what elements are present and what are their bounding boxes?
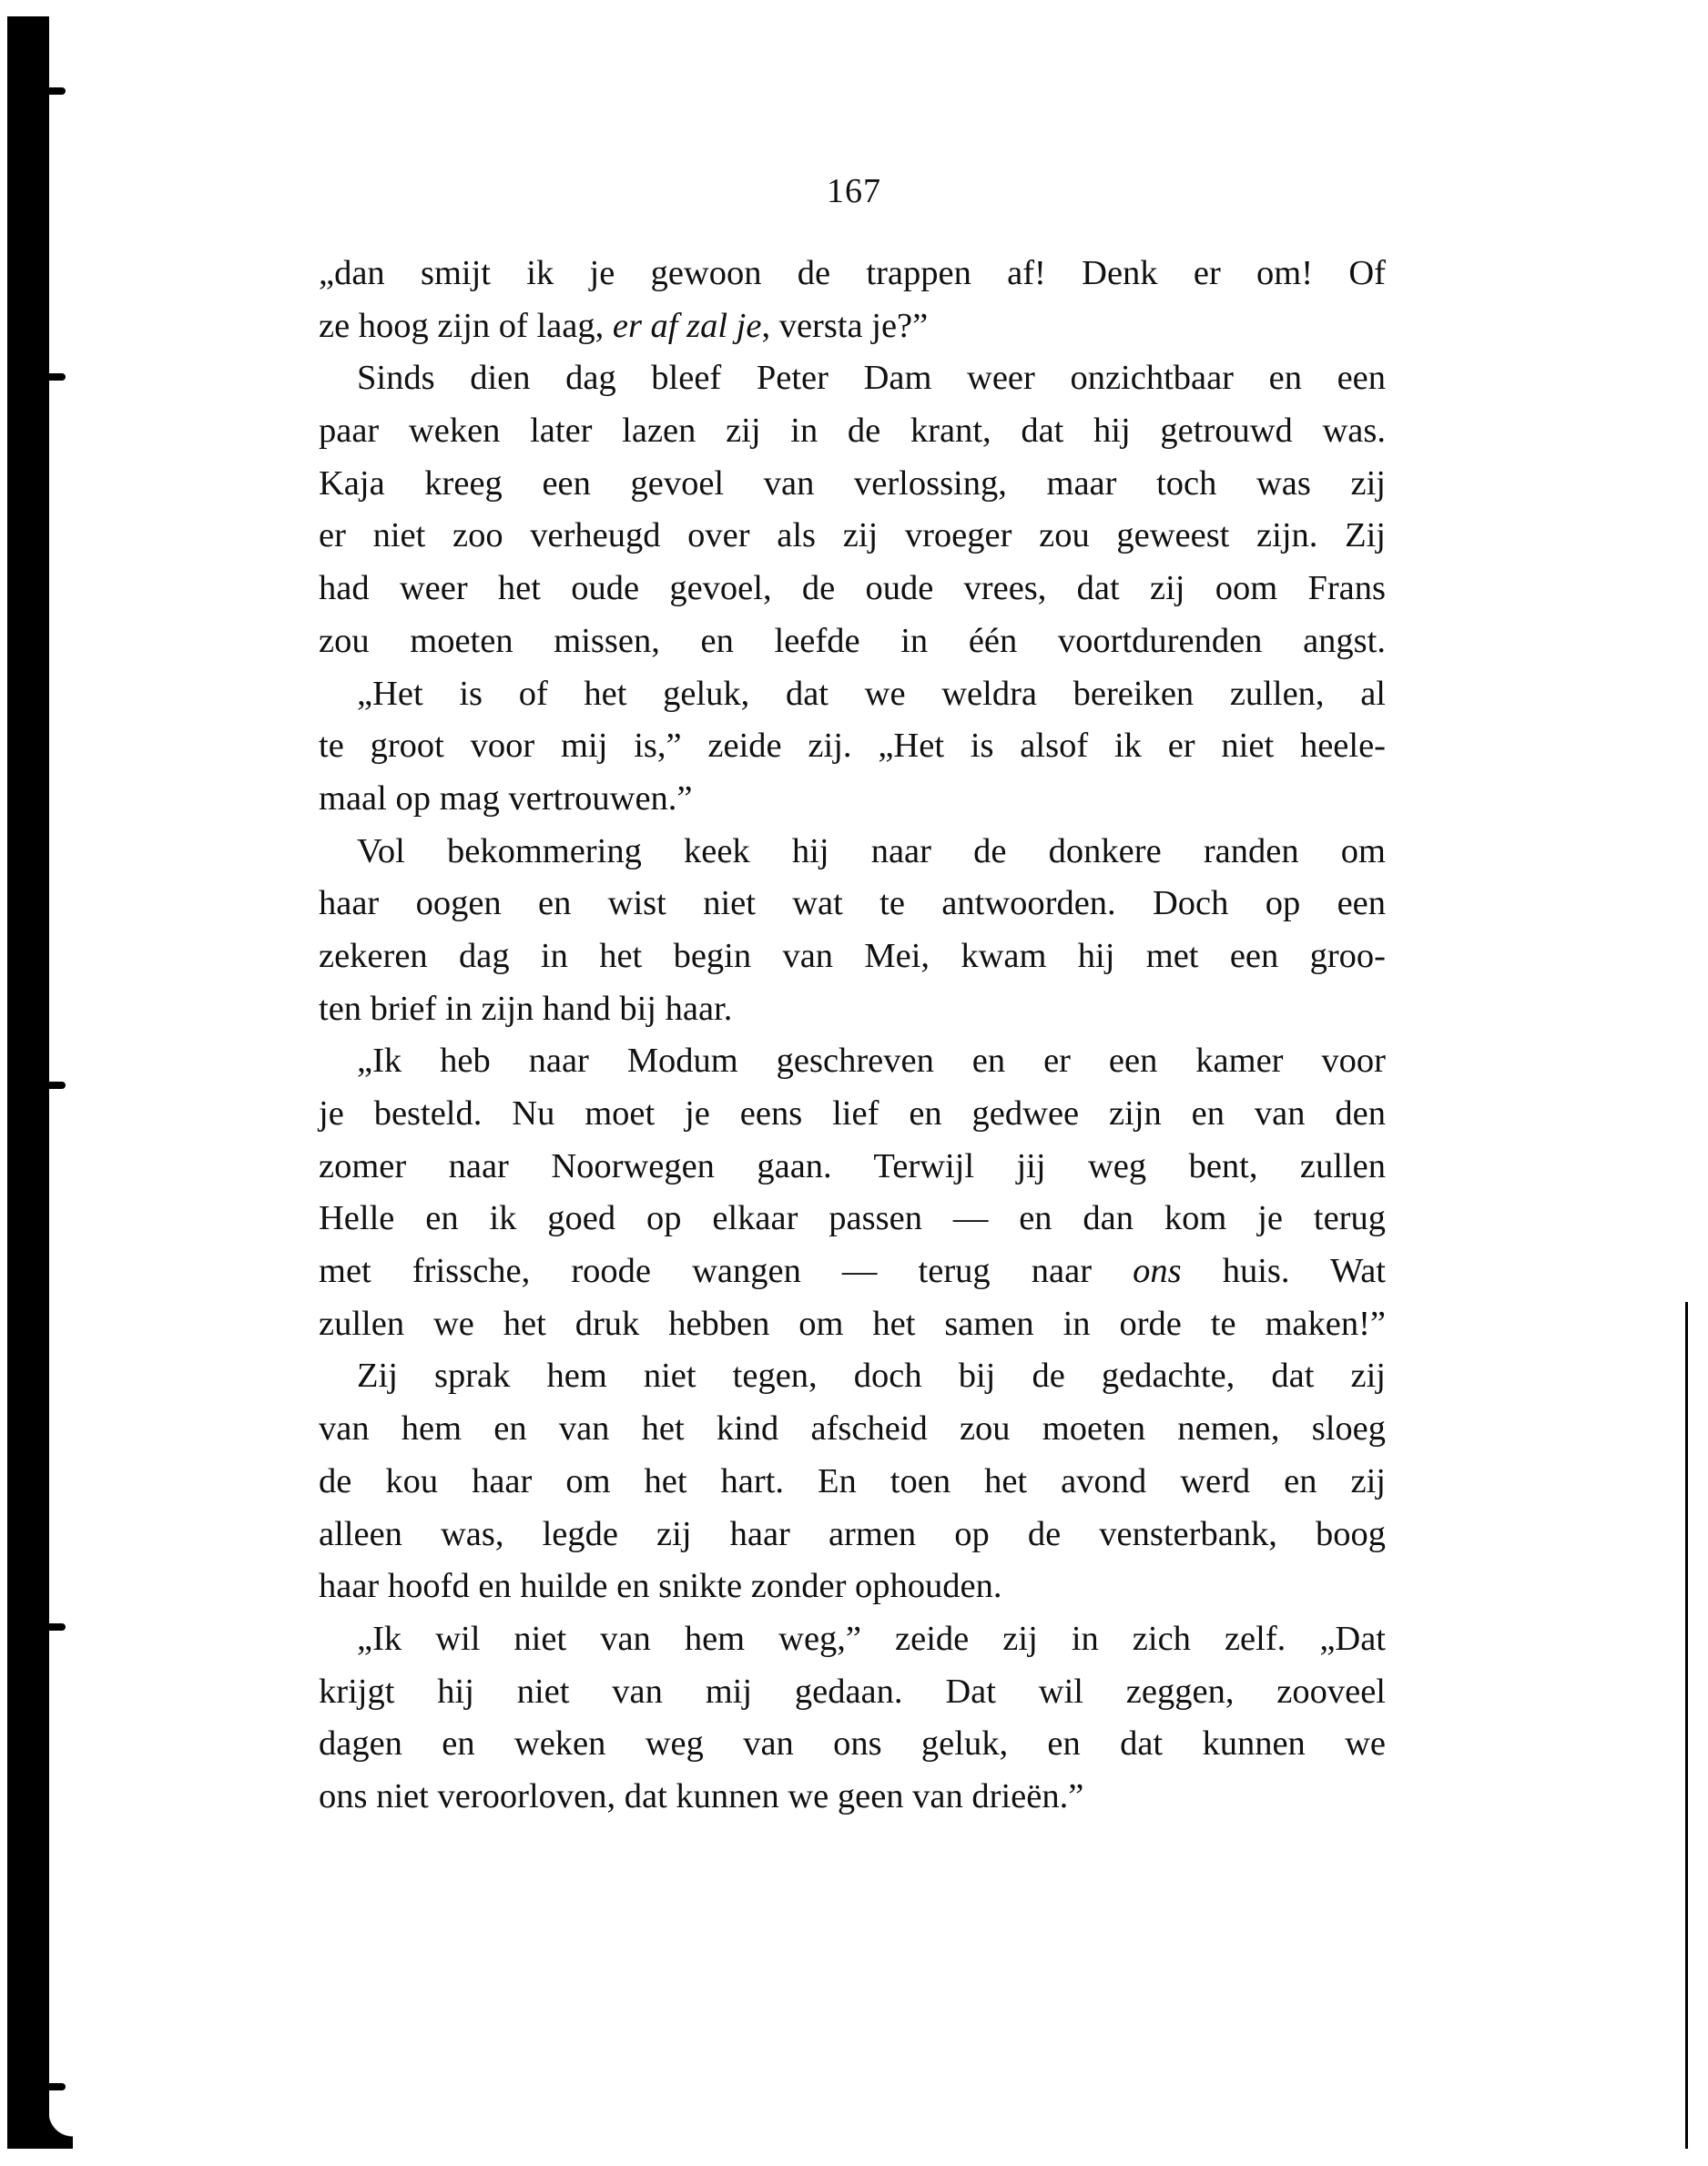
text-line: haar hoofd en huilde en snikte zonder op… [319,1561,1386,1613]
text-line: „Ik wil niet van hem weg,” zeide zij in … [319,1613,1386,1666]
text-segment: ten brief in zijn hand bij haar. [319,990,732,1028]
text-line: Vol bekommering keek hij naar de donkere… [319,826,1386,879]
text-segment: huis. Wat [1182,1252,1386,1290]
text-segment: haar hoofd en huilde en snikte zonder op… [319,1567,1002,1605]
book-binding-edge [7,16,49,2149]
text-line: Zij sprak hem niet tegen, doch bij de ge… [319,1350,1386,1403]
text-line: krijgt hij niet van mij gedaan. Dat wil … [319,1666,1386,1719]
text-line: zomer naar Noorwegen gaan. Terwijl jij w… [319,1141,1386,1194]
text-segment: „Ik wil niet van hem weg,” zeide zij in … [357,1620,1386,1658]
binding-notch [49,2083,66,2090]
binding-notch [49,1082,66,1089]
text-line: ons niet veroorloven, dat kunnen we geen… [319,1771,1386,1824]
text-segment: van hem en van het kind afscheid zou moe… [319,1409,1386,1448]
italic-text: er af zal je [613,307,762,345]
text-segment: Helle en ik goed op elkaar passen — en d… [319,1199,1386,1237]
text-segment: ze hoog zijn of laag, [319,307,613,345]
text-segment: zomer naar Noorwegen gaan. Terwijl jij w… [319,1147,1386,1185]
text-segment: Zij sprak hem niet tegen, doch bij de ge… [357,1357,1386,1395]
binding-notch [49,87,66,95]
binding-foot [49,2112,73,2149]
text-segment: Kaja kreeg een gevoel van verlossing, ma… [319,464,1386,503]
text-segment: „Ik heb naar Modum geschreven en er een … [357,1042,1386,1080]
text-segment: krijgt hij niet van mij gedaan. Dat wil … [319,1673,1386,1711]
text-line: er niet zoo verheugd over als zij vroege… [319,510,1386,563]
text-line: maal op mag vertrouwen.” [319,773,1386,826]
text-segment: ons niet veroorloven, dat kunnen we geen… [319,1777,1083,1815]
text-line: ze hoog zijn of laag, er af zal je, vers… [319,300,1386,353]
text-line: zekeren dag in het begin van Mei, kwam h… [319,930,1386,983]
text-line: Sinds dien dag bleef Peter Dam weer onzi… [319,352,1386,405]
text-line: haar oogen en wist niet wat te antwoorde… [319,878,1386,930]
binding-notch [49,1623,66,1631]
text-line: met frissche, roode wangen — terug naar … [319,1246,1386,1298]
text-segment: „dan smijt ik je gewoon de trappen af! D… [319,254,1386,292]
text-segment: maal op mag vertrouwen.” [319,779,693,818]
text-line: paar weken later lazen zij in de krant, … [319,405,1386,458]
text-line: van hem en van het kind afscheid zou moe… [319,1403,1386,1456]
text-segment: haar oogen en wist niet wat te antwoorde… [319,884,1386,922]
text-line: „dan smijt ik je gewoon de trappen af! D… [319,248,1386,300]
text-line: te groot voor mij is,” zeide zij. „Het i… [319,720,1386,773]
text-segment: te groot voor mij is,” zeide zij. „Het i… [319,727,1386,765]
page-edge-line [1685,1302,1688,2149]
text-segment: er niet zoo verheugd over als zij vroege… [319,516,1386,554]
text-line: dagen en weken weg van ons geluk, en dat… [319,1718,1386,1771]
binding-notch [49,373,66,381]
text-segment: paar weken later lazen zij in de krant, … [319,412,1386,450]
text-segment: , versta je?” [761,307,928,345]
text-line: zullen we het druk hebben om het samen i… [319,1298,1386,1351]
text-segment: dagen en weken weg van ons geluk, en dat… [319,1724,1386,1763]
italic-text: ons [1133,1252,1181,1290]
text-line: ten brief in zijn hand bij haar. [319,983,1386,1036]
text-line: Kaja kreeg een gevoel van verlossing, ma… [319,458,1386,511]
text-line: had weer het oude gevoel, de oude vrees,… [319,563,1386,615]
text-segment: zekeren dag in het begin van Mei, kwam h… [319,937,1386,975]
text-line: Helle en ik goed op elkaar passen — en d… [319,1193,1386,1246]
text-segment: zou moeten missen, en leefde in één voor… [319,622,1386,660]
text-segment: zullen we het druk hebben om het samen i… [319,1305,1386,1343]
text-segment: alleen was, legde zij haar armen op de v… [319,1515,1386,1553]
text-segment: „Het is of het geluk, dat we weldra bere… [357,675,1386,713]
text-line: alleen was, legde zij haar armen op de v… [319,1509,1386,1561]
text-line: je besteld. Nu moet je eens lief en gedw… [319,1088,1386,1141]
text-line: zou moeten missen, en leefde in één voor… [319,615,1386,668]
text-segment: je besteld. Nu moet je eens lief en gedw… [319,1094,1386,1133]
page-number: 167 [0,171,1708,211]
text-segment: met frissche, roode wangen — terug naar [319,1252,1133,1290]
text-segment: Vol bekommering keek hij naar de donkere… [357,832,1386,870]
text-segment: had weer het oude gevoel, de oude vrees,… [319,569,1386,607]
text-segment: de kou haar om het hart. En toen het avo… [319,1462,1386,1500]
text-line: „Ik heb naar Modum geschreven en er een … [319,1035,1386,1088]
body-text: „dan smijt ik je gewoon de trappen af! D… [319,248,1386,1824]
text-line: „Het is of het geluk, dat we weldra bere… [319,668,1386,721]
text-line: de kou haar om het hart. En toen het avo… [319,1456,1386,1509]
text-segment: Sinds dien dag bleef Peter Dam weer onzi… [357,359,1386,397]
